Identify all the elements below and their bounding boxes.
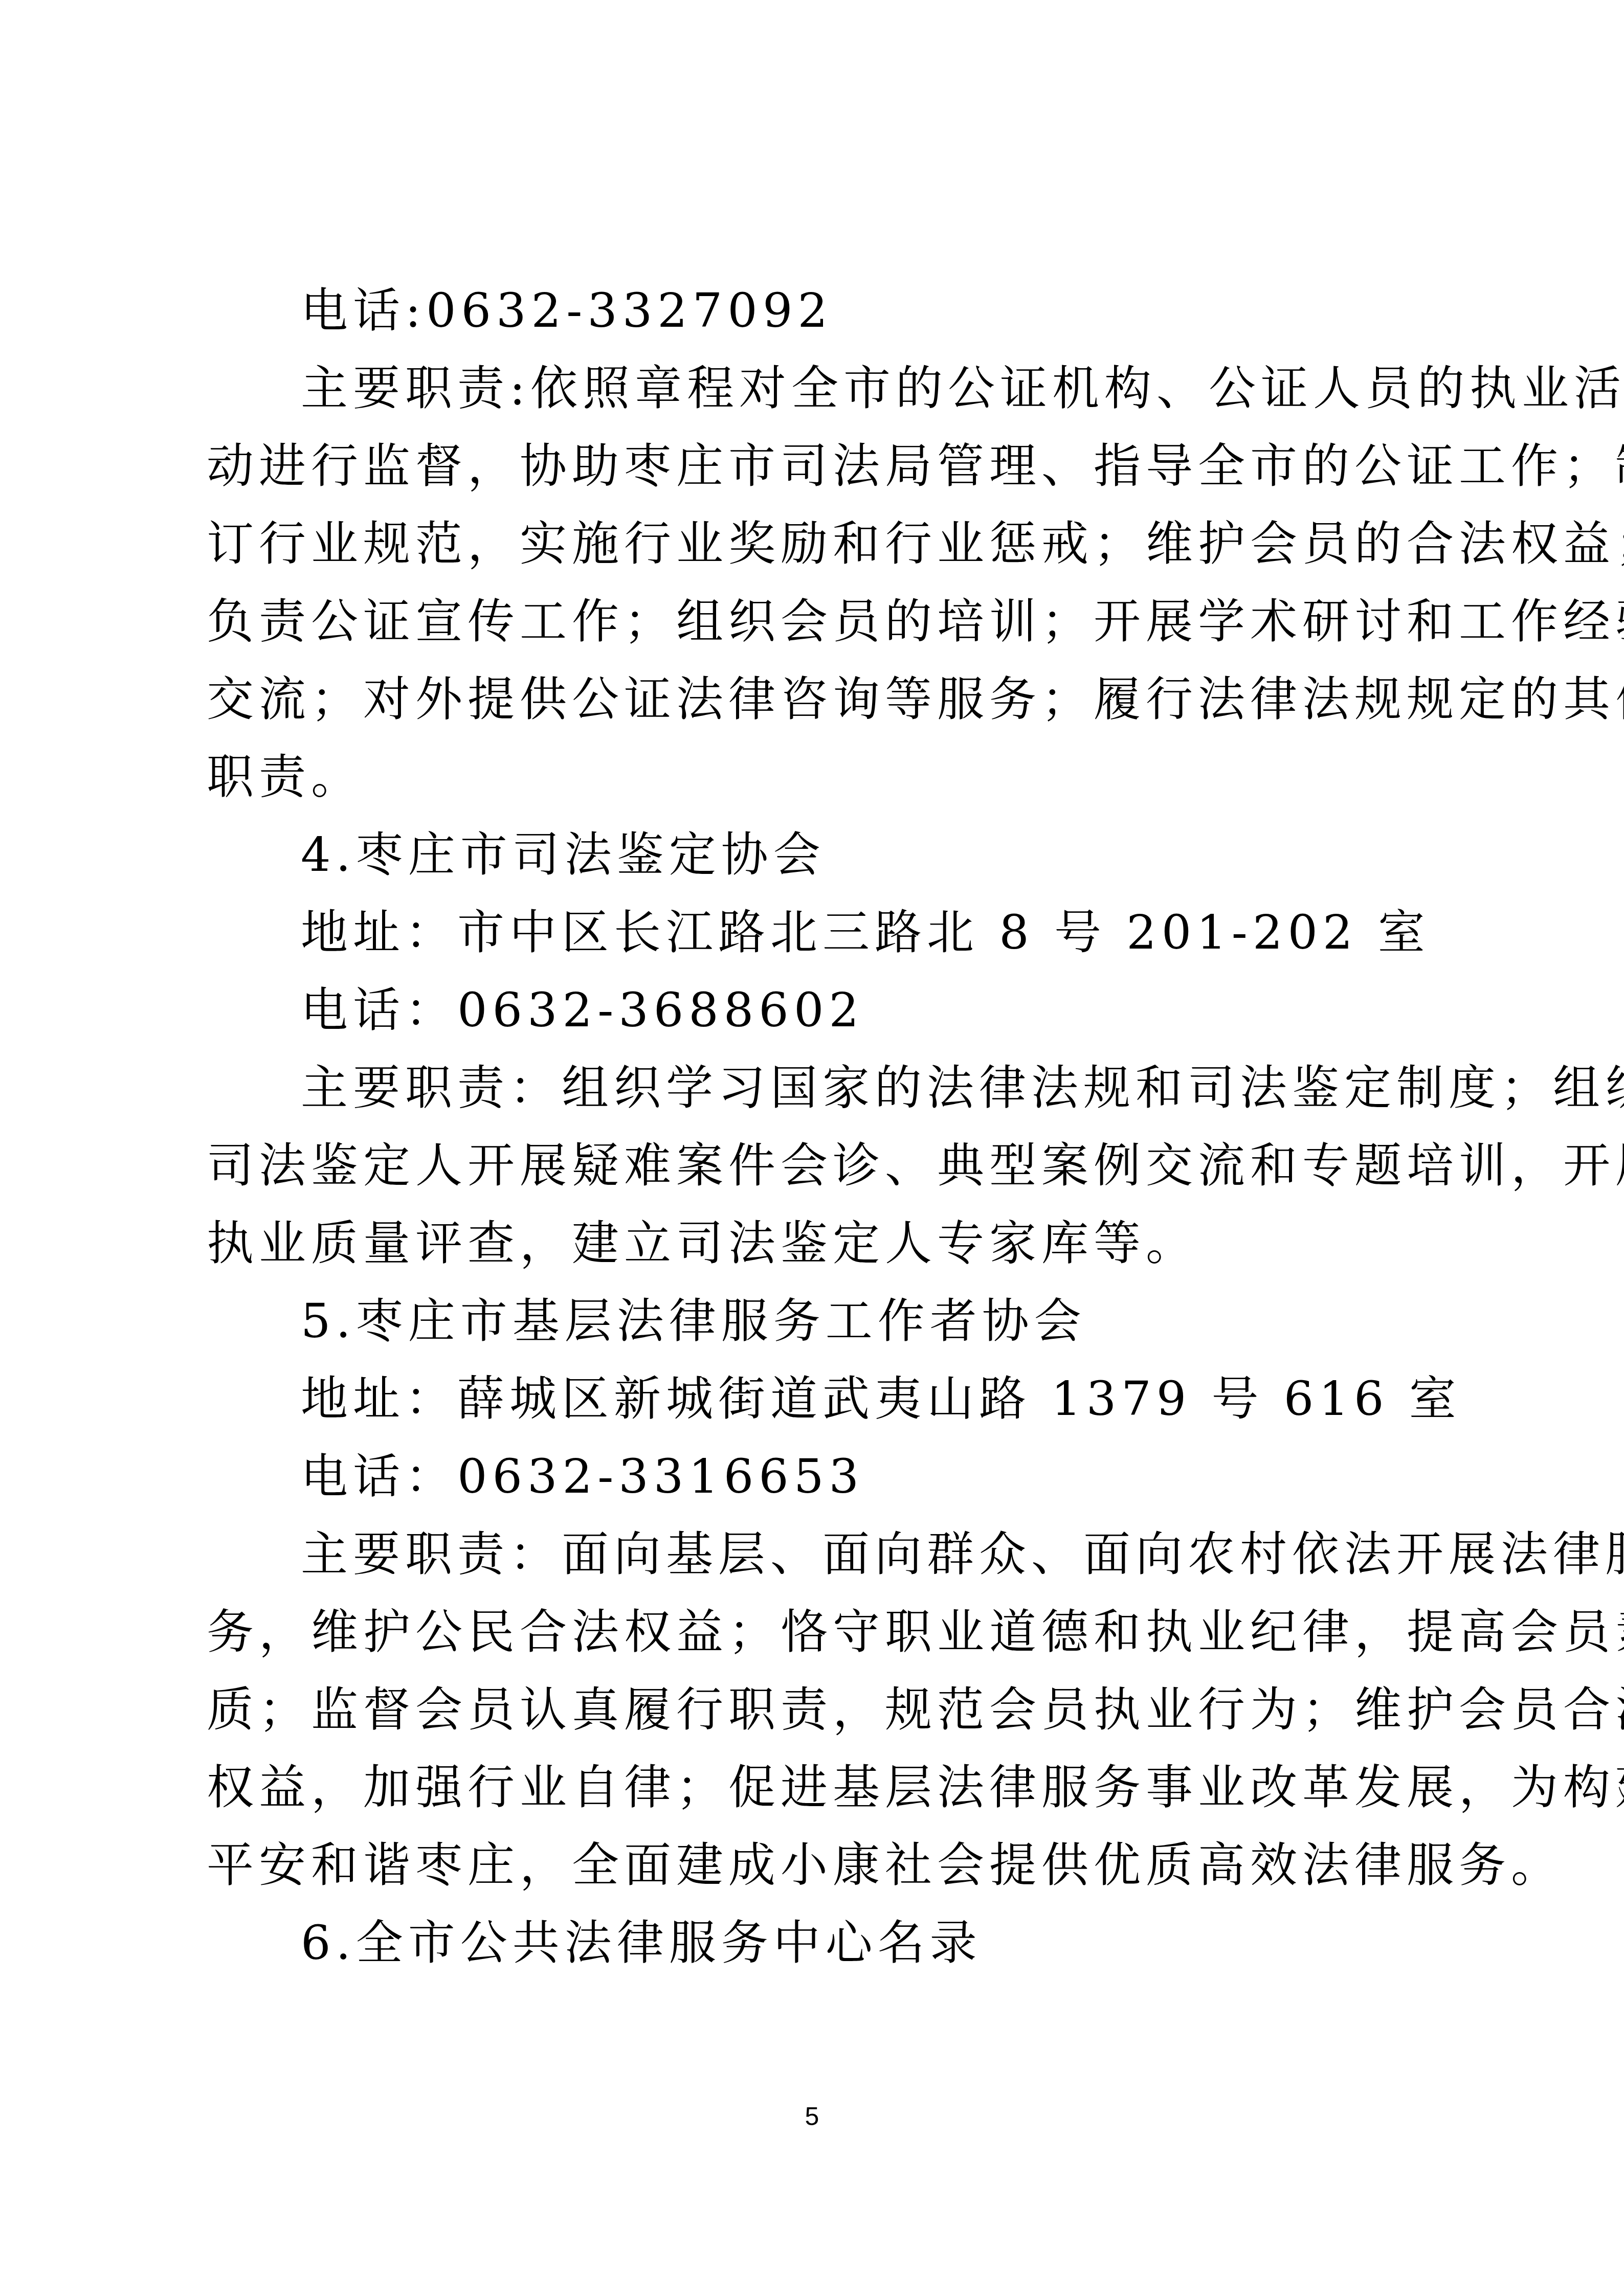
page-number: 5 <box>0 2102 1624 2131</box>
duties-line-grassroots-3: 质；监督会员认真履行职责，规范会员执业行为；维护会员合法 <box>207 1671 1401 1749</box>
duties-line-notary-5: 交流；对外提供公证法律咨询等服务；履行法律法规规定的其他 <box>207 661 1401 738</box>
duties-line-grassroots-1: 主要职责：面向基层、面向群众、面向农村依法开展法律服 <box>207 1516 1401 1593</box>
phone-line-grassroots: 电话：0632-3316653 <box>207 1438 1401 1516</box>
duties-line-grassroots-4: 权益，加强行业自律；促进基层法律服务事业改革发展，为构建 <box>207 1749 1401 1827</box>
address-line-grassroots: 地址：薛城区新城街道武夷山路 1379 号 616 室 <box>207 1360 1401 1438</box>
duties-line-grassroots-2: 务，维护公民合法权益；恪守职业道德和执业纪律，提高会员素 <box>207 1593 1401 1671</box>
duties-line-notary-1: 主要职责:依照章程对全市的公证机构、公证人员的执业活 <box>207 350 1401 427</box>
duties-line-appraisal-1: 主要职责：组织学习国家的法律法规和司法鉴定制度；组织 <box>207 1049 1401 1127</box>
section-heading-public-legal-service-centers: 6.全市公共法律服务中心名录 <box>207 1904 1401 1982</box>
section-heading-judicial-appraisal-association: 4.枣庄市司法鉴定协会 <box>207 816 1401 894</box>
duties-line-notary-3: 订行业规范，实施行业奖励和行业惩戒；维护会员的合法权益； <box>207 505 1401 583</box>
duties-line-appraisal-3: 执业质量评查，建立司法鉴定人专家库等。 <box>207 1205 1401 1282</box>
phone-line-notary-association: 电话:0632-3327092 <box>207 272 1401 350</box>
duties-line-grassroots-5: 平安和谐枣庄，全面建成小康社会提供优质高效法律服务。 <box>207 1827 1401 1904</box>
duties-line-notary-4: 负责公证宣传工作；组织会员的培训；开展学术研讨和工作经验 <box>207 583 1401 661</box>
duties-line-appraisal-2: 司法鉴定人开展疑难案件会诊、典型案例交流和专题培训，开展 <box>207 1127 1401 1205</box>
duties-line-notary-6: 职责。 <box>207 738 1401 816</box>
document-body: 电话:0632-3327092 主要职责:依照章程对全市的公证机构、公证人员的执… <box>207 272 1401 1982</box>
duties-line-notary-2: 动进行监督，协助枣庄市司法局管理、指导全市的公证工作；制 <box>207 427 1401 505</box>
section-heading-grassroots-legal-service-association: 5.枣庄市基层法律服务工作者协会 <box>207 1282 1401 1360</box>
address-line-judicial-appraisal: 地址：市中区长江路北三路北 8 号 201-202 室 <box>207 894 1401 972</box>
phone-line-judicial-appraisal: 电话：0632-3688602 <box>207 972 1401 1049</box>
